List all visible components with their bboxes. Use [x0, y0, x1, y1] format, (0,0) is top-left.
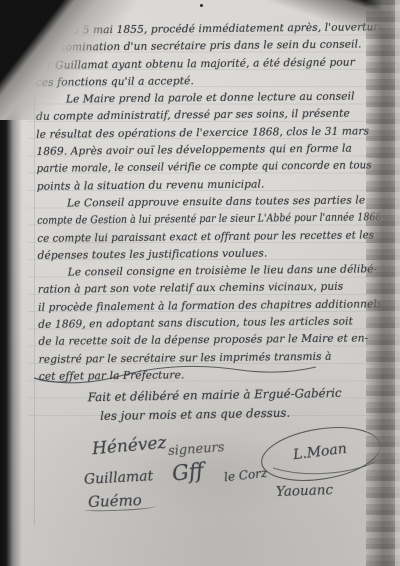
manuscript-line: partie morale, le conseil vérifie ce com… — [37, 158, 369, 179]
dark-corner-top-left — [0, 0, 150, 120]
manuscript-line: de la recette soit de la dépense proposé… — [38, 331, 384, 352]
register-page-photo: la loi du 5 mai 1855, procédé immédiatem… — [0, 0, 400, 566]
manuscript-line: cet effet par la Préfecture. — [39, 365, 385, 386]
manuscript-line: ce compte lui paraissant exact et offran… — [37, 227, 369, 248]
page-edge-highlight — [395, 0, 400, 566]
signature-paraph: Gff — [171, 458, 205, 485]
signature-yaouanc: Yaouanc — [276, 482, 334, 500]
ink-spot — [200, 4, 203, 7]
signature-guemo: Guémo — [88, 491, 142, 511]
